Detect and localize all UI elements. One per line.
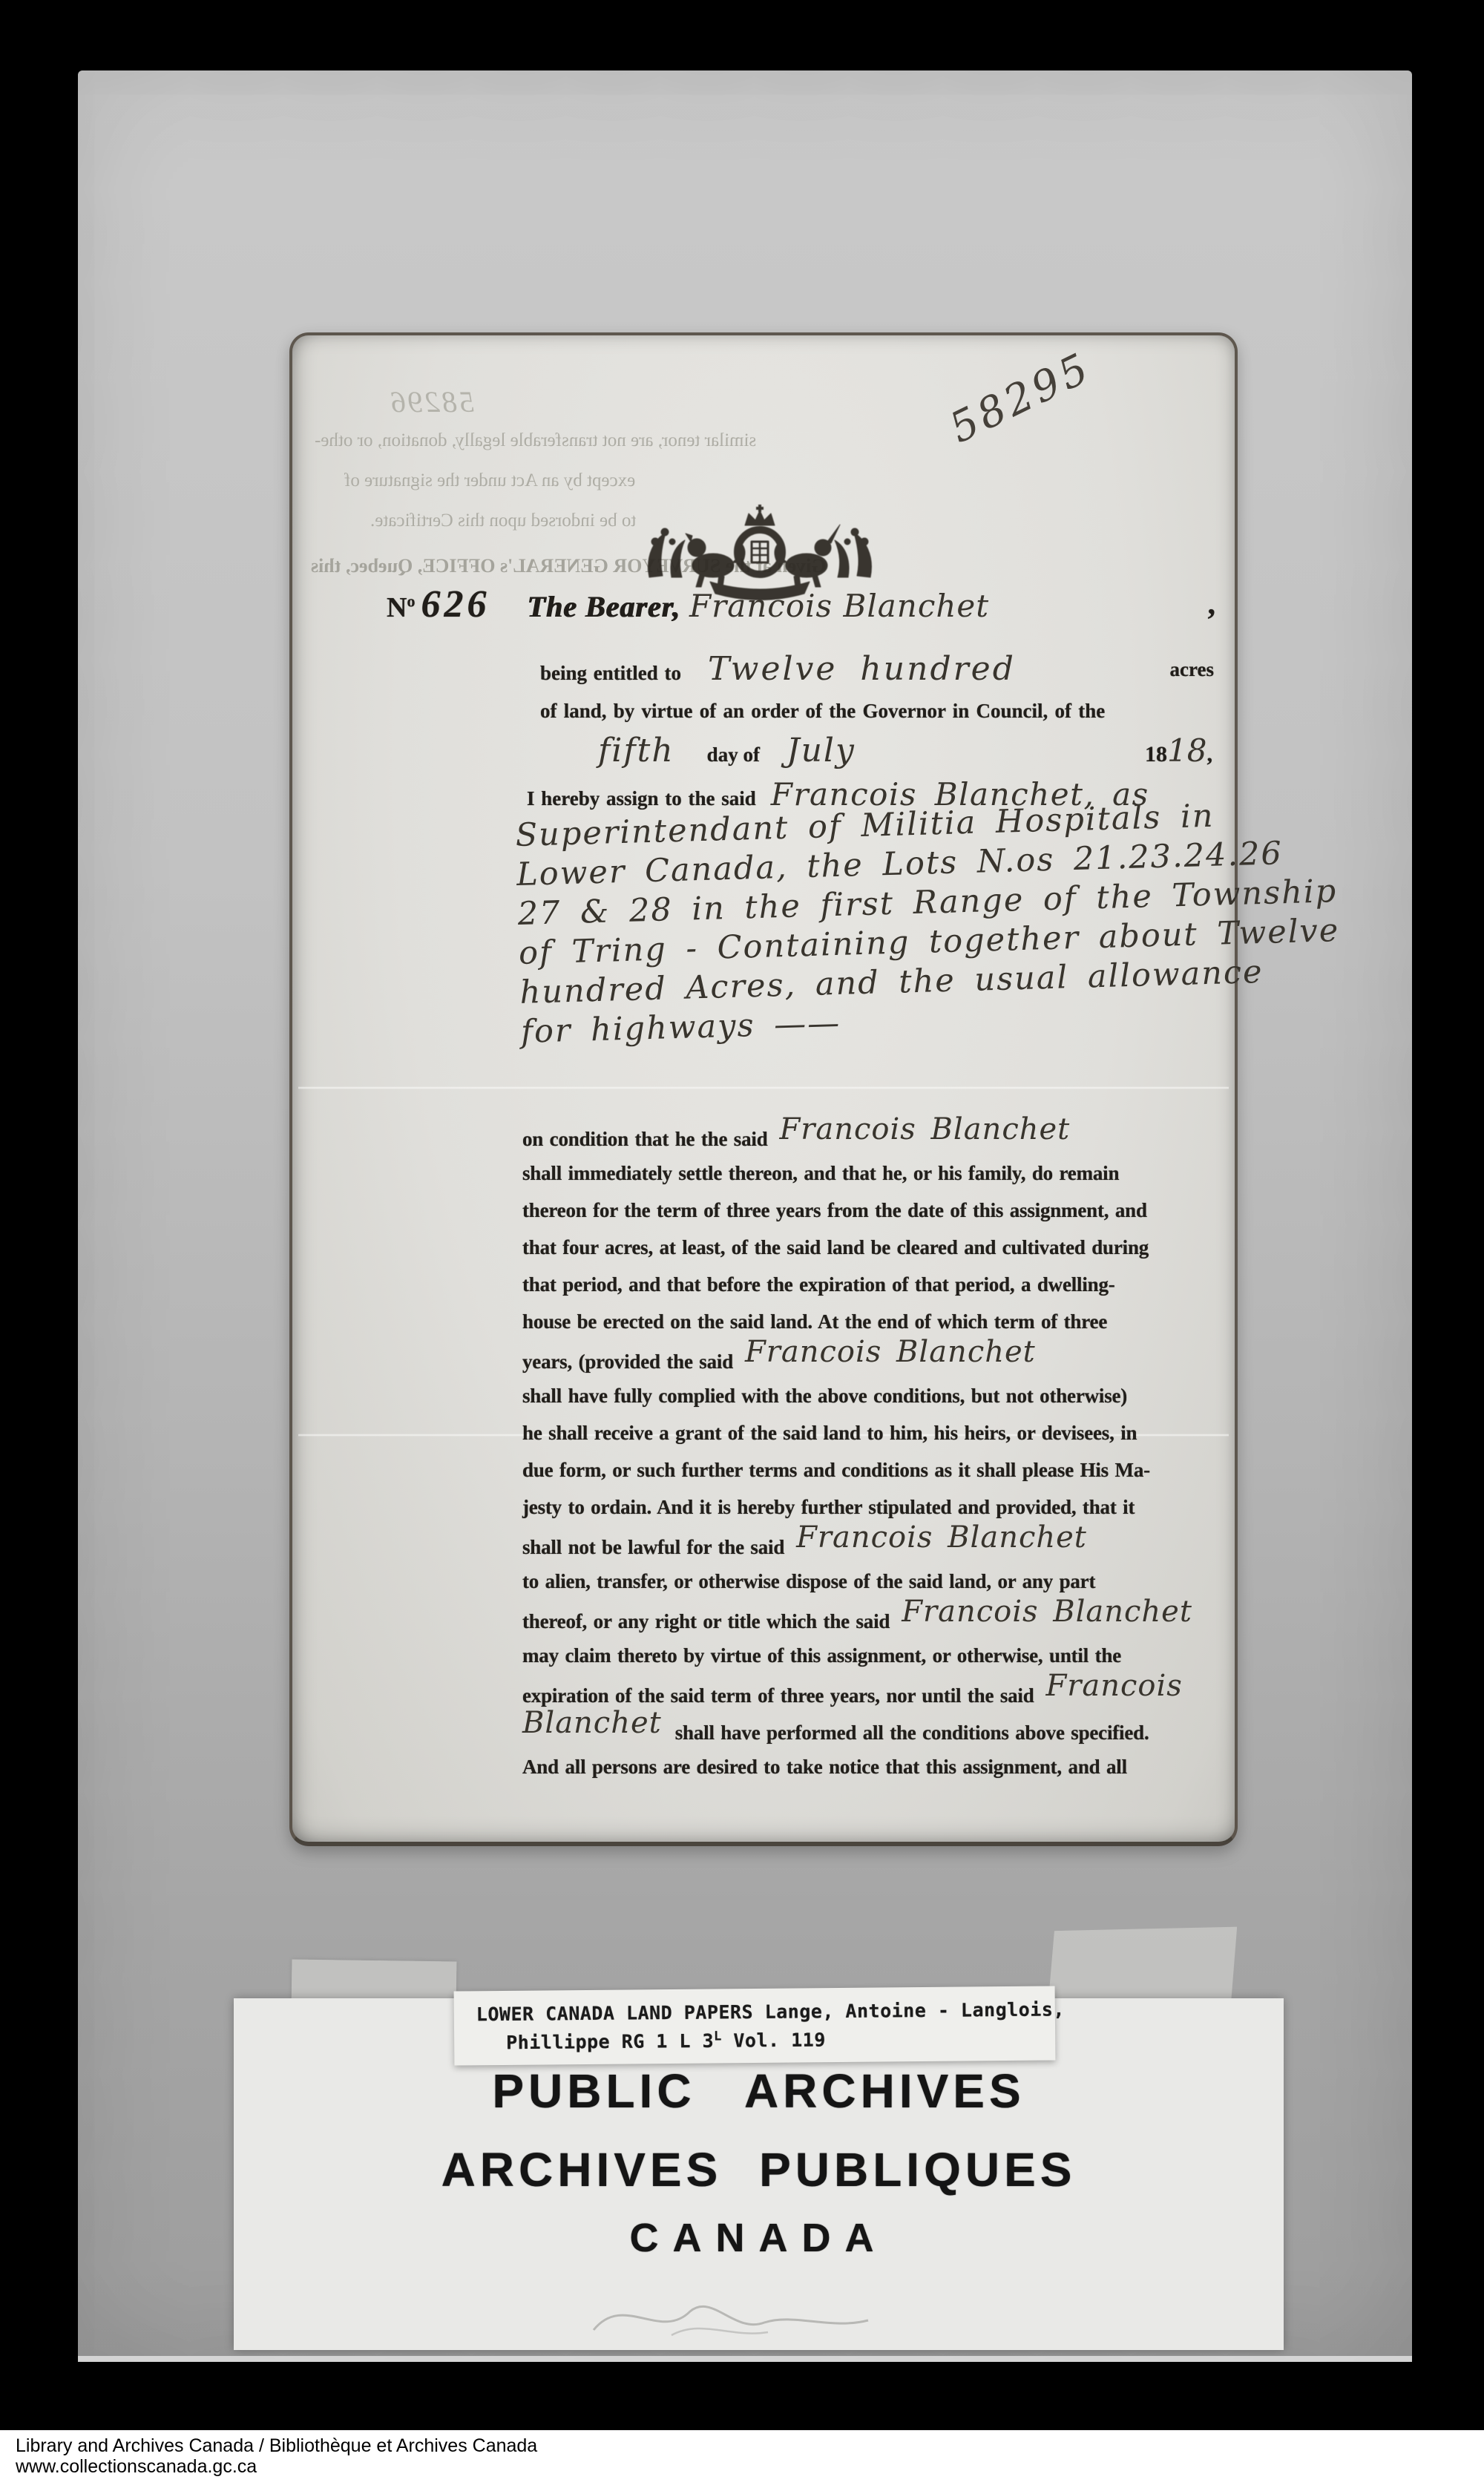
printed-text: thereon for the term of three years from…: [522, 1199, 1147, 1221]
handwritten-month: July: [787, 732, 856, 769]
certificate-line: And all persons are desired to take noti…: [522, 1748, 1235, 1785]
handwritten-day: fifth: [598, 732, 674, 769]
printed-text: jesty to ordain. And it is hereby furthe…: [522, 1496, 1135, 1518]
certificate-line: thereon for the term of three years from…: [522, 1192, 1235, 1229]
printed-text: shall not be lawful for the said: [522, 1536, 784, 1558]
certificate-line: years, (provided the saidFrancois Blanch…: [522, 1340, 1235, 1377]
handwritten-year: 18: [1167, 732, 1206, 769]
bleedthrough-text: except by an Act under the signature of: [344, 470, 635, 491]
bleedthrough-text: to be indorsed upon this Certificate.: [370, 511, 636, 531]
printed-comma: ,: [1207, 742, 1213, 767]
certificate-line: shall immediately settle thereon, and th…: [522, 1155, 1235, 1192]
printed-text: that four acres, at least, of the said l…: [522, 1236, 1149, 1258]
lac-caption-title: Library and Archives Canada / Bibliothèq…: [16, 2435, 537, 2457]
certificate-line: shall have fully complied with the above…: [522, 1377, 1235, 1414]
printed-text: to alien, transfer, or otherwise dispose…: [522, 1570, 1095, 1592]
printed-text: being entitled to: [540, 662, 681, 684]
printed-text: day of: [707, 744, 760, 766]
handwritten-name: Francois: [1046, 1669, 1183, 1703]
printed-text: due form, or such further terms and cond…: [522, 1459, 1150, 1481]
paper-fold-crease: [298, 1086, 1229, 1089]
label-line-1: LOWER CANADA LAND PAPERS Lange, Antoine …: [454, 1986, 1055, 2026]
certificate-header-line: No626 The Bearer,Francois Blanchet ,: [292, 577, 1235, 625]
archives-title-english: PUBLIC ARCHIVES: [234, 2064, 1284, 2119]
printed-year-prefix: 18: [1145, 742, 1167, 767]
printed-text: expiration of the said term of three yea…: [522, 1684, 1034, 1707]
certificate-line: shall not be lawful for the saidFrancois…: [522, 1526, 1235, 1563]
printed-text: I hereby assign to the said: [527, 787, 756, 810]
bleedthrough-text: similar tenor, are not transferable lega…: [315, 430, 756, 451]
certificate-line: that four acres, at least, of the said l…: [522, 1229, 1235, 1266]
printed-text: house be erected on the said land. At th…: [522, 1310, 1107, 1333]
certificate-line: due form, or such further terms and cond…: [522, 1451, 1235, 1489]
handwritten-name: Francois Blanchet: [689, 588, 989, 624]
printed-text: acres: [1170, 650, 1214, 689]
certificate-line: being entitled toTwelve hundred acres: [292, 650, 1235, 689]
certificate-date-line: fifthday ofJuly 1818,: [292, 730, 1235, 772]
handwritten-name: Francois Blanchet: [780, 1112, 1071, 1146]
certificate-number: 626: [421, 583, 490, 626]
archival-scan-page: { "document": { "serial_number": "58295"…: [0, 0, 1484, 2491]
printed-text: shall have performed all the conditions …: [675, 1722, 1149, 1744]
handwritten-name: Blanchet: [522, 1706, 662, 1740]
pencil-scribble: [582, 2289, 879, 2349]
archives-title-french: ARCHIVES PUBLIQUES: [234, 2142, 1284, 2197]
bleedthrough-number: 58296: [389, 384, 474, 419]
label-volume: Vol. 119: [722, 2029, 826, 2051]
label-reference: Phillippe RG 1 L 3: [506, 2030, 714, 2053]
certificate-line: of land, by virtue of an order of the Go…: [540, 698, 1105, 724]
printed-text: he shall receive a grant of the said lan…: [522, 1422, 1137, 1444]
photograph-scan-area: 58296 similar tenor, are not transferabl…: [78, 70, 1412, 2362]
lac-caption-bar: Library and Archives Canada / Bibliothèq…: [0, 2430, 1484, 2491]
handwritten-name: Francois Blanchet: [745, 1335, 1036, 1369]
photo-bottom-edge: [78, 2356, 1412, 2362]
printed-text: shall have fully complied with the above…: [522, 1385, 1127, 1407]
printed-text: may claim thereto by virtue of this assi…: [522, 1644, 1121, 1667]
printed-comma: ,: [1208, 580, 1216, 628]
handwritten-text: Twelve hundred: [708, 650, 1016, 688]
printed-conditions-block: on condition that he the saidFrancois Bl…: [522, 1117, 1235, 1785]
printed-text: And all persons are desired to take noti…: [522, 1756, 1127, 1778]
label-line-2: Phillippe RG 1 L 3L Vol. 119: [454, 2021, 1055, 2055]
label-reference-superscript: L: [714, 2029, 722, 2044]
certificate-page: 58296 similar tenor, are not transferabl…: [289, 332, 1238, 1846]
handwritten-name: Francois Blanchet: [796, 1520, 1087, 1555]
printed-text: thereof, or any right or title which the…: [522, 1610, 890, 1632]
number-superscript: o: [407, 591, 415, 610]
printed-text: years, (provided the said: [522, 1350, 733, 1373]
typed-archive-label: LOWER CANADA LAND PAPERS Lange, Antoine …: [454, 1986, 1056, 2065]
certificate-line: that period, and that before the expirat…: [522, 1266, 1235, 1303]
certificate-line: on condition that he the saidFrancois Bl…: [522, 1117, 1235, 1155]
year-group: 1818,: [1145, 730, 1212, 779]
certificate-line: Blanchetshall have performed all the con…: [522, 1711, 1235, 1748]
printed-text: shall immediately settle thereon, and th…: [522, 1162, 1119, 1184]
certificate-line: thereof, or any right or title which the…: [522, 1600, 1235, 1637]
lac-caption-url: www.collectionscanada.gc.ca: [16, 2456, 257, 2478]
number-label: No: [387, 592, 415, 623]
handwritten-grant-block: Superintendant of Militia Hospitals in L…: [515, 793, 1342, 1052]
printed-text: on condition that he the said: [522, 1128, 768, 1150]
archives-title-canada: CANADA: [234, 2215, 1284, 2261]
printed-text: that period, and that before the expirat…: [522, 1273, 1115, 1296]
handwritten-serial-number: 58295: [942, 344, 1099, 453]
certificate-line: he shall receive a grant of the said lan…: [522, 1414, 1235, 1451]
handwritten-name: Francois Blanchet: [902, 1595, 1192, 1629]
bearer-label: The Bearer,: [527, 590, 680, 623]
